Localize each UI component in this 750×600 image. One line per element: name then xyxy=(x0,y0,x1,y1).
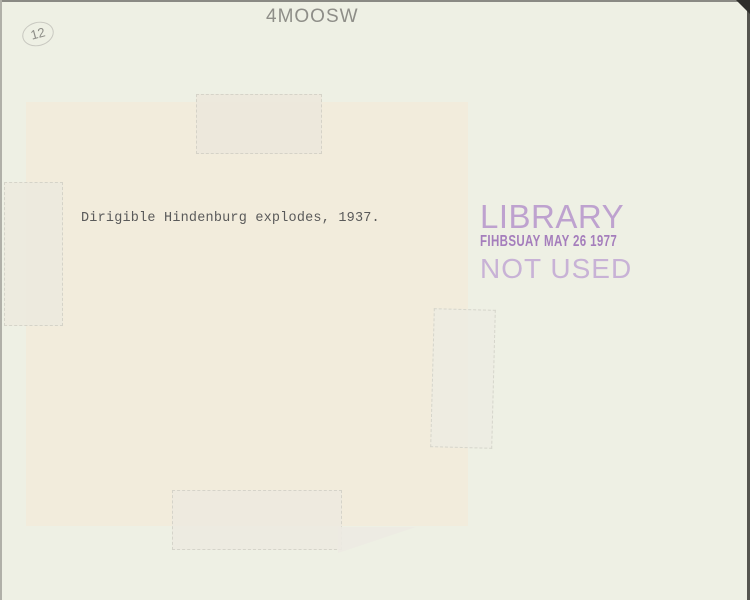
circled-number-note: 12 xyxy=(19,18,56,49)
typed-caption: Dirigible Hindenburg explodes, 1937. xyxy=(81,211,380,226)
scan-edge-left xyxy=(0,0,2,600)
pencil-code-note: 4MOOSW xyxy=(266,6,359,28)
scan-edge-top xyxy=(0,0,750,2)
stamp-date: FIHBSUAY MAY 26 1977 xyxy=(480,233,617,251)
tape-right xyxy=(430,308,496,449)
stamp-library: LIBRARY xyxy=(480,200,624,234)
torn-tape-edge xyxy=(338,527,416,553)
tape-top xyxy=(196,94,322,154)
tape-left xyxy=(4,182,63,326)
stamp-not-used: NOT USED xyxy=(480,254,632,280)
caption-card xyxy=(26,102,468,526)
document-page: 12 4MOOSW Dirigible Hindenburg explodes,… xyxy=(0,0,750,600)
folded-corner xyxy=(736,0,750,14)
tape-bottom xyxy=(172,490,342,550)
